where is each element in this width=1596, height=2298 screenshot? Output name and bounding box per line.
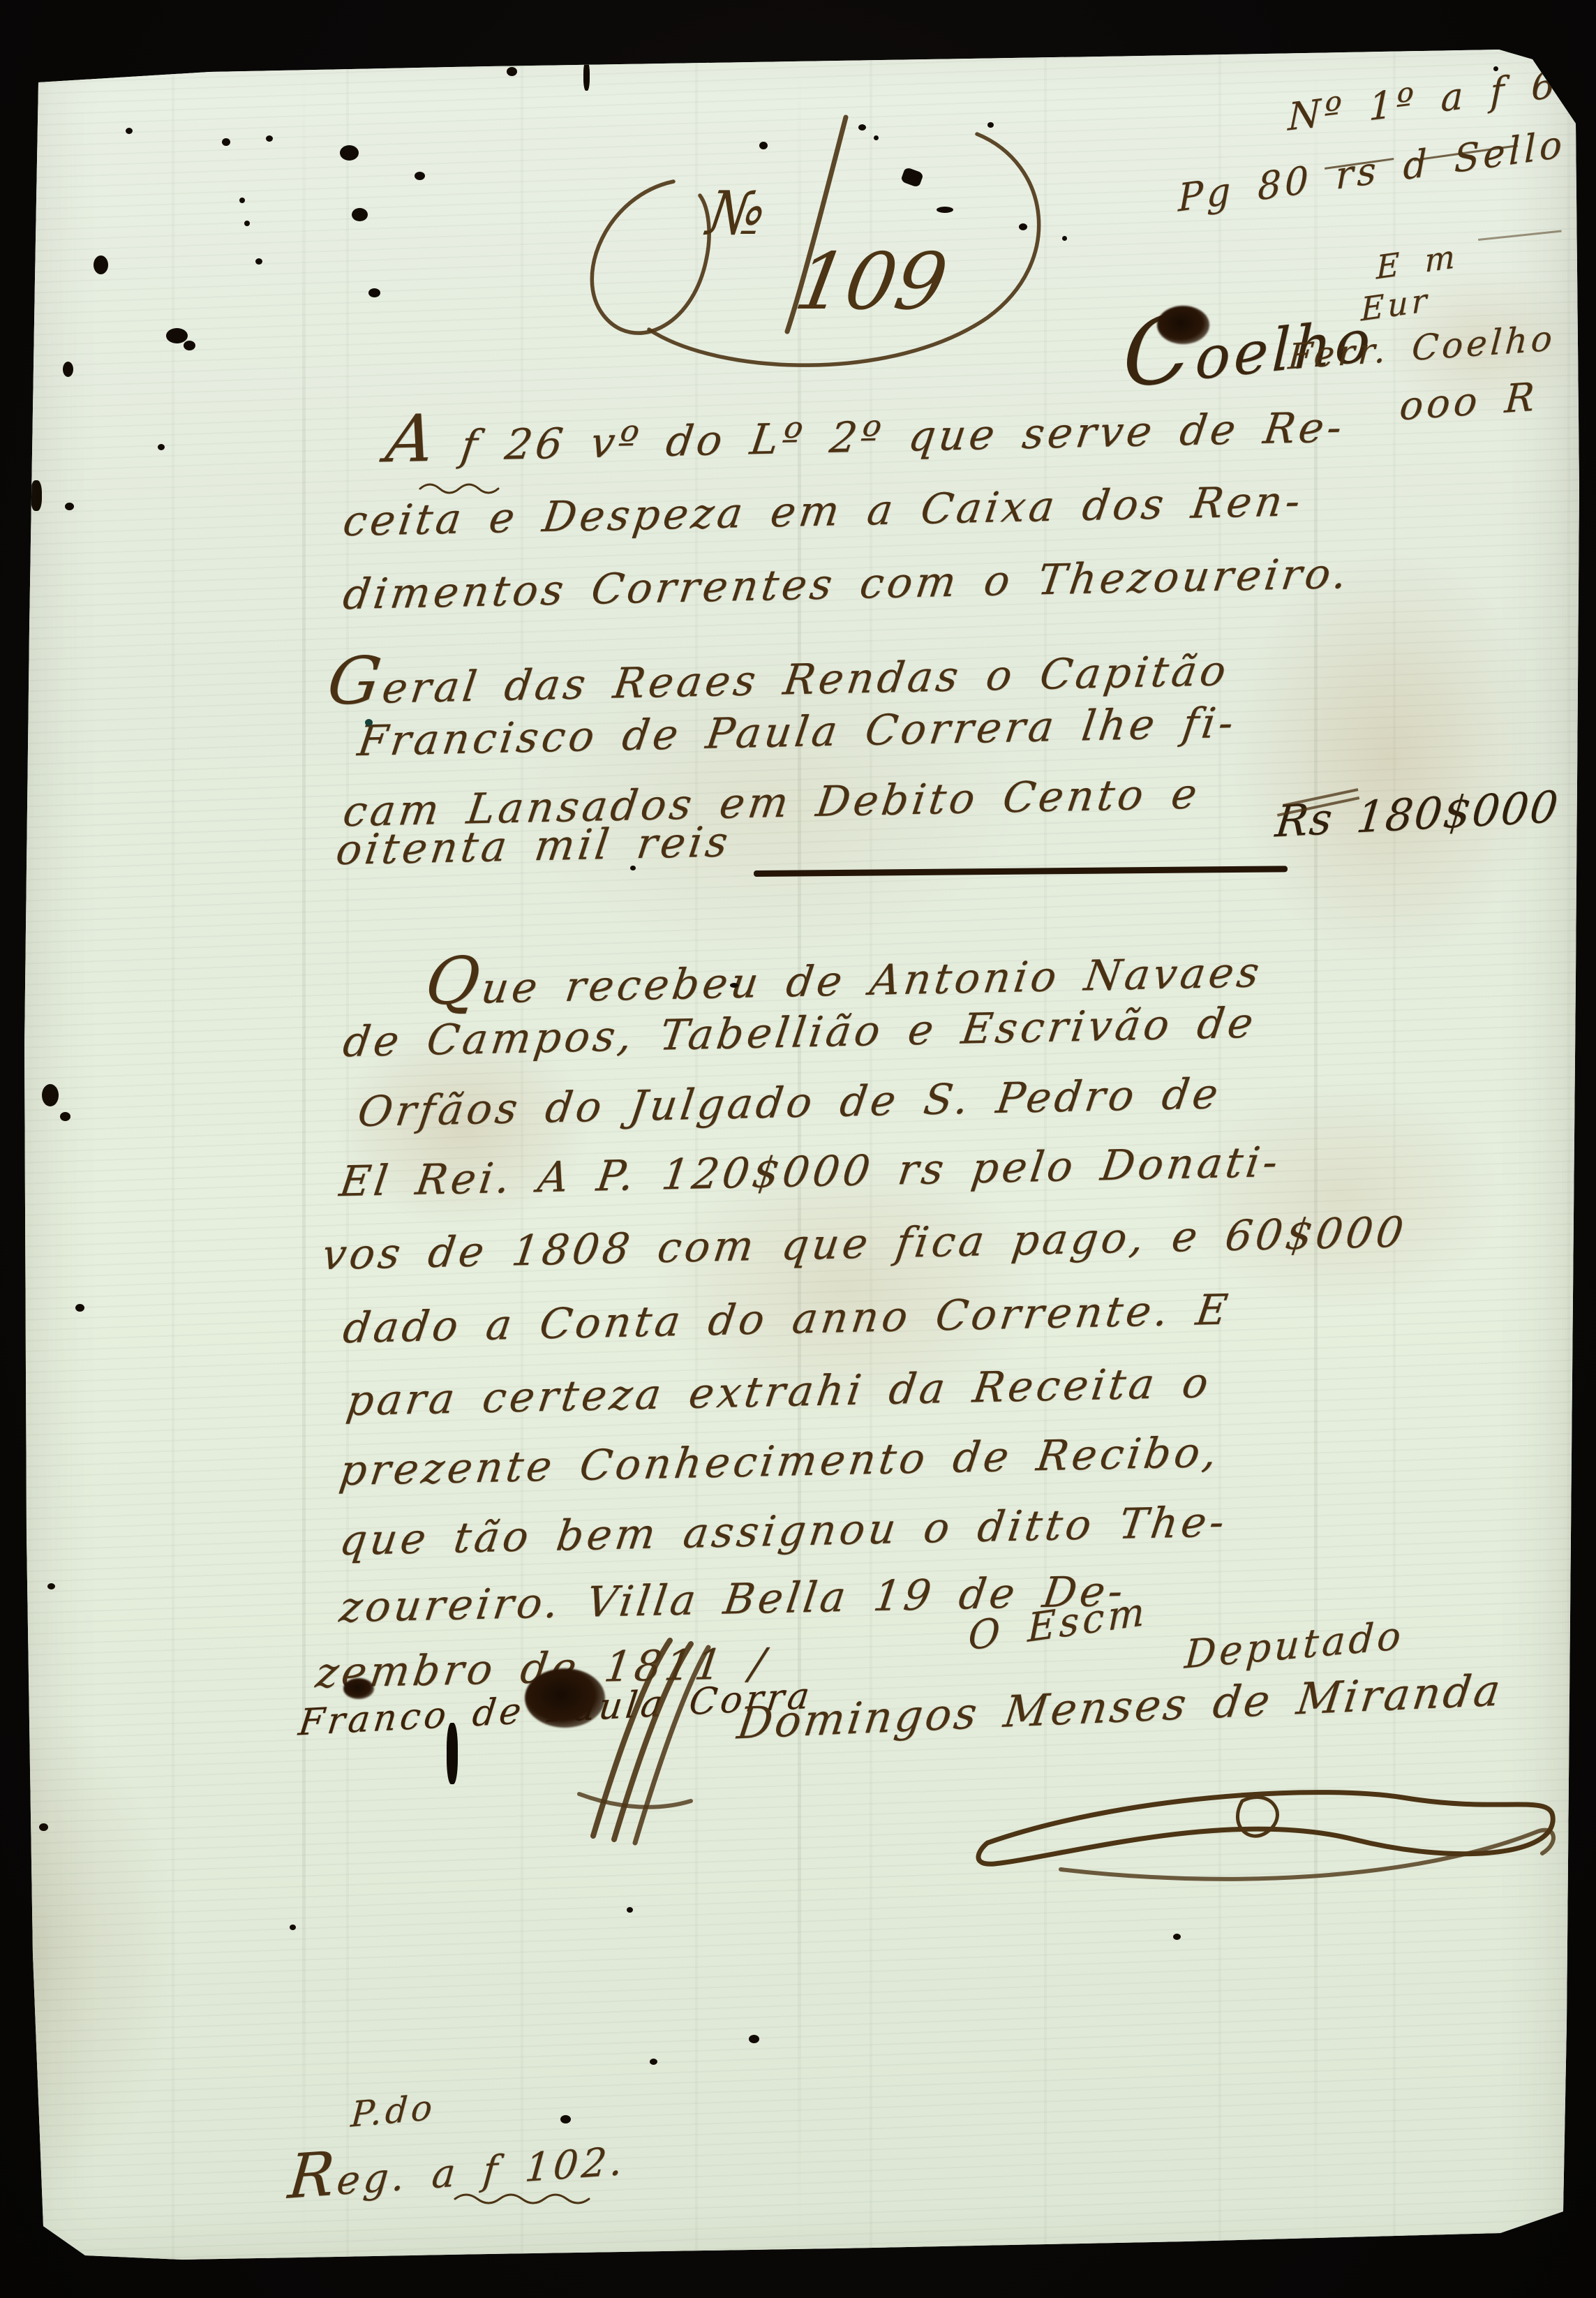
manuscript-paper: № 109 Nº 1º a f 60. Pg 80 rs d Sello E m… [0, 0, 1596, 2298]
ink-blot [1157, 306, 1209, 344]
ink-speck [184, 341, 195, 350]
ink-speck [290, 1925, 296, 1930]
header-seal-paid: Pg 80 rs d Sello [1178, 121, 1565, 221]
header-note-a: E m [1376, 237, 1459, 286]
ink-speck [60, 1112, 70, 1121]
ink-speck [1493, 66, 1498, 71]
ink-speck [39, 1823, 48, 1831]
signature-deputy: Domingos Menses de Miranda [734, 1664, 1505, 1749]
ink-speck [94, 255, 108, 274]
closing-role-deputado: Deputado [1183, 1613, 1405, 1678]
ink-speck [65, 503, 74, 510]
ink-speck [560, 2115, 571, 2123]
manuscript-line: que tão bem assignou o ditto The- [336, 1497, 1230, 1565]
ink-speck [858, 124, 866, 131]
signature-rubric-flourish [977, 1759, 1563, 1892]
ink-speck [630, 866, 636, 870]
manuscript-line: dimentos Correntes com o Thezoureiro. [340, 549, 1353, 619]
scanned-document-photo: № 109 Nº 1º a f 60. Pg 80 rs d Sello E m… [0, 0, 1596, 2298]
ink-speck [650, 2059, 657, 2065]
flourish-no-symbol: № [701, 179, 770, 249]
ink-speck [63, 362, 73, 377]
ink-speck [365, 719, 373, 726]
ink-speck [749, 2035, 759, 2043]
ink-speck [222, 138, 230, 146]
manuscript-line: vos de 1808 com que fica pago, e 60$000 [319, 1208, 1410, 1280]
ink-speck [47, 1583, 55, 1589]
ink-speck [415, 172, 425, 180]
filler-rule [754, 866, 1288, 877]
ink-speck [730, 983, 738, 988]
ink-speck [937, 207, 953, 213]
signature-rubric-strokes [565, 1626, 719, 1850]
ink-speck [166, 328, 188, 343]
ink-speck [627, 1907, 633, 1913]
flourish-number: 109 [789, 236, 954, 327]
manuscript-line: dado a Conta do anno Corrente. E [340, 1285, 1234, 1353]
ink-speck [1062, 236, 1067, 241]
ink-speck [255, 258, 262, 265]
ink-speck [158, 444, 165, 450]
manuscript-line: El Rei. A P. 120$000 rs pelo Donati- [336, 1138, 1284, 1206]
ink-speck [75, 1304, 84, 1312]
ink-speck [266, 135, 273, 142]
ink-speck [239, 198, 245, 203]
ink-speck [244, 221, 250, 226]
paper-crease [302, 63, 306, 2249]
manuscript-line: para certeza extrahi da Receita o [343, 1358, 1214, 1425]
ink-speck [874, 135, 879, 140]
ink-blot [525, 1668, 605, 1728]
stamp-flourish: ooo R [1398, 374, 1539, 429]
manuscript-line: A f 26 vº do Lº 2º que serve de Re- [382, 381, 1351, 477]
ink-drip [583, 61, 590, 91]
footer-note-pdo: P.do [350, 2086, 437, 2135]
ink-speck [507, 67, 517, 76]
manuscript-line: oitenta mil reis [333, 817, 734, 875]
ink-speck [368, 288, 380, 297]
ink-speck [1173, 1934, 1181, 1940]
manuscript-line: prezente Conhecimento de Recibo, [336, 1428, 1223, 1496]
underline [1478, 230, 1562, 241]
wavy-underline [452, 2186, 599, 2210]
ink-drip [447, 1723, 458, 1784]
ink-blot [343, 1678, 374, 1699]
ink-speck [31, 480, 42, 511]
manuscript-line: Orfãos do Julgado de S. Pedro de [355, 1069, 1224, 1136]
ink-speck [1019, 223, 1027, 230]
ink-speck [759, 142, 768, 149]
ink-speck [987, 122, 994, 128]
ink-speck [126, 128, 133, 134]
ink-speck [42, 1084, 59, 1106]
ink-speck [340, 145, 359, 161]
ink-speck [352, 208, 368, 221]
number-flourish: № 109 [530, 98, 1075, 377]
